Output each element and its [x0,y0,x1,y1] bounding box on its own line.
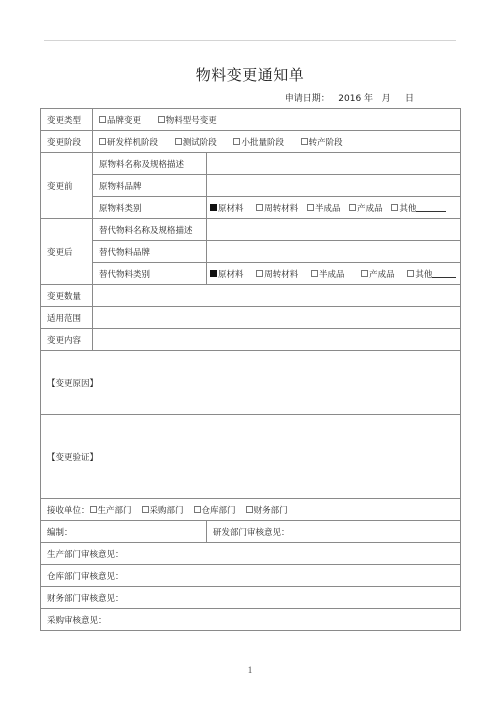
checkbox-checked-icon[interactable] [210,204,217,211]
option-other[interactable]: 其他 [407,268,456,280]
receiving-units-label: 接收单位： [47,506,90,516]
row-change-stage: 变更阶段 研发样机阶段 测试阶段 小批量阶段 转产阶段 [41,131,461,153]
after-brand-field[interactable] [207,241,461,263]
option-turnover-material[interactable]: 周转材料 [256,202,298,214]
production-review-cell[interactable]: 生产部门审核意见： [41,543,461,565]
checkbox-icon[interactable] [194,506,201,513]
change-stage-label: 变更阶段 [41,131,93,153]
option-rd-prototype-stage[interactable]: 研发样机阶段 [99,136,158,148]
after-name-spec-field[interactable] [207,219,461,241]
option-turnover-material[interactable]: 周转材料 [256,268,298,280]
option-finished-product[interactable]: 产成品 [349,202,383,214]
row-before-category: 原物料类别 原材料 周转材料 半成品 产成品 其他 [41,197,461,219]
checkbox-icon[interactable] [142,506,149,513]
option-finance-dept[interactable]: 财务部门 [246,504,288,516]
row-production-review: 生产部门审核意见： [41,543,461,565]
option-other[interactable]: 其他 [391,202,446,214]
row-warehouse-review: 仓库部门审核意见： [41,565,461,587]
change-content-label: 变更内容 [41,329,93,351]
checkbox-icon[interactable] [391,204,398,211]
change-quantity-field[interactable] [93,285,461,307]
checkbox-icon[interactable] [361,270,368,277]
row-receiving-units: 接收单位：生产部门采购部门仓库部门财务部门 [41,499,461,521]
finance-review-cell[interactable]: 财务部门审核意见： [41,587,461,609]
option-semi-finished[interactable]: 半成品 [311,268,345,280]
change-content-field[interactable] [93,329,461,351]
row-before-name-spec: 变更前 原物料名称及规格描述 [41,153,461,175]
date-day: 日 [405,94,414,104]
warehouse-review-label: 仓库部门审核意见： [47,572,124,582]
before-brand-field[interactable] [207,175,461,197]
checkbox-icon[interactable] [246,506,253,513]
checkbox-checked-icon[interactable] [210,270,217,277]
row-scope: 适用范围 [41,307,461,329]
page-number: 1 [0,665,500,675]
warehouse-review-cell[interactable]: 仓库部门审核意见： [41,565,461,587]
checkbox-icon[interactable] [349,204,356,211]
checkbox-icon[interactable] [90,506,97,513]
checkbox-icon[interactable] [256,270,263,277]
checkbox-icon[interactable] [307,204,314,211]
after-category-options: 原材料 周转材料 半成品 产成品 其他 [207,263,461,285]
purchasing-review-cell[interactable]: 采购审核意见： [41,609,461,631]
change-verification-label: 【变更验证】 [47,453,98,463]
checkbox-icon[interactable] [158,116,165,123]
rd-review-label: 研发部门审核意见： [213,528,290,538]
row-change-quantity: 变更数量 [41,285,461,307]
before-category-options: 原材料 周转材料 半成品 产成品 其他 [207,197,461,219]
after-label: 变更后 [41,219,93,285]
row-after-name-spec: 变更后 替代物料名称及规格描述 [41,219,461,241]
row-after-brand: 替代物料品牌 [41,241,461,263]
option-small-batch-stage[interactable]: 小批量阶段 [233,136,284,148]
after-name-spec-label: 替代物料名称及规格描述 [93,219,207,241]
header-rule [44,40,456,41]
material-change-form: 变更类型 品牌变更 物料型号变更 变更阶段 研发样机阶段 测试阶段 小批量阶段 … [40,108,461,631]
option-model-change[interactable]: 物料型号变更 [158,114,217,126]
option-raw-material[interactable]: 原材料 [210,268,244,280]
checkbox-icon[interactable] [99,138,106,145]
checkbox-icon[interactable] [301,138,308,145]
before-label: 变更前 [41,153,93,219]
prepared-by-label: 编制： [47,528,73,538]
after-brand-label: 替代物料品牌 [93,241,207,263]
date-label: 申请日期： [285,94,330,104]
purchasing-review-label: 采购审核意见： [47,616,107,626]
option-raw-material[interactable]: 原材料 [210,202,244,214]
option-brand-change[interactable]: 品牌变更 [99,114,141,126]
change-quantity-label: 变更数量 [41,285,93,307]
before-name-spec-label: 原物料名称及规格描述 [93,153,207,175]
change-verification-box[interactable]: 【变更验证】 [41,415,461,499]
scope-field[interactable] [93,307,461,329]
date-month: 月 [382,94,391,104]
receiving-units-cell: 接收单位：生产部门采购部门仓库部门财务部门 [41,499,461,521]
rd-review-cell[interactable]: 研发部门审核意见： [207,521,461,543]
option-warehouse-dept[interactable]: 仓库部门 [194,504,236,516]
before-name-spec-field[interactable] [207,153,461,175]
row-change-type: 变更类型 品牌变更 物料型号变更 [41,109,461,131]
option-testing-stage[interactable]: 测试阶段 [175,136,217,148]
change-reason-label: 【变更原因】 [47,379,98,389]
row-change-content: 变更内容 [41,329,461,351]
row-purchasing-review: 采购审核意见： [41,609,461,631]
option-semi-finished[interactable]: 半成品 [307,202,341,214]
row-finance-review: 财务部门审核意见： [41,587,461,609]
option-production-dept[interactable]: 生产部门 [90,504,132,516]
change-stage-options: 研发样机阶段 测试阶段 小批量阶段 转产阶段 [93,131,461,153]
row-after-category: 替代物料类别 原材料 周转材料 半成品 产成品 其他 [41,263,461,285]
production-review-label: 生产部门审核意见： [47,550,124,560]
checkbox-icon[interactable] [233,138,240,145]
row-change-reason: 【变更原因】 [41,351,461,415]
after-category-label: 替代物料类别 [93,263,207,285]
checkbox-icon[interactable] [99,116,106,123]
application-date: 申请日期： 2016 年 月 日 [285,91,414,104]
row-before-brand: 原物料品牌 [41,175,461,197]
document-title: 物料变更通知单 [0,64,500,85]
row-prepared-rd: 编制： 研发部门审核意见： [41,521,461,543]
date-year: 2016 年 [338,94,373,104]
option-finished-product[interactable]: 产成品 [361,268,395,280]
before-category-label: 原物料类别 [93,197,207,219]
other-blank-line[interactable] [416,204,446,212]
other-blank-line[interactable] [432,270,456,278]
change-type-label: 变更类型 [41,109,93,131]
prepared-by-cell[interactable]: 编制： [41,521,207,543]
option-production-transfer-stage[interactable]: 转产阶段 [301,136,343,148]
option-purchasing-dept[interactable]: 采购部门 [142,504,184,516]
checkbox-icon[interactable] [175,138,182,145]
checkbox-icon[interactable] [256,204,263,211]
finance-review-label: 财务部门审核意见： [47,594,124,604]
change-reason-box[interactable]: 【变更原因】 [41,351,461,415]
change-type-options: 品牌变更 物料型号变更 [93,109,461,131]
before-brand-label: 原物料品牌 [93,175,207,197]
scope-label: 适用范围 [41,307,93,329]
row-change-verification: 【变更验证】 [41,415,461,499]
checkbox-icon[interactable] [311,270,318,277]
checkbox-icon[interactable] [407,270,414,277]
